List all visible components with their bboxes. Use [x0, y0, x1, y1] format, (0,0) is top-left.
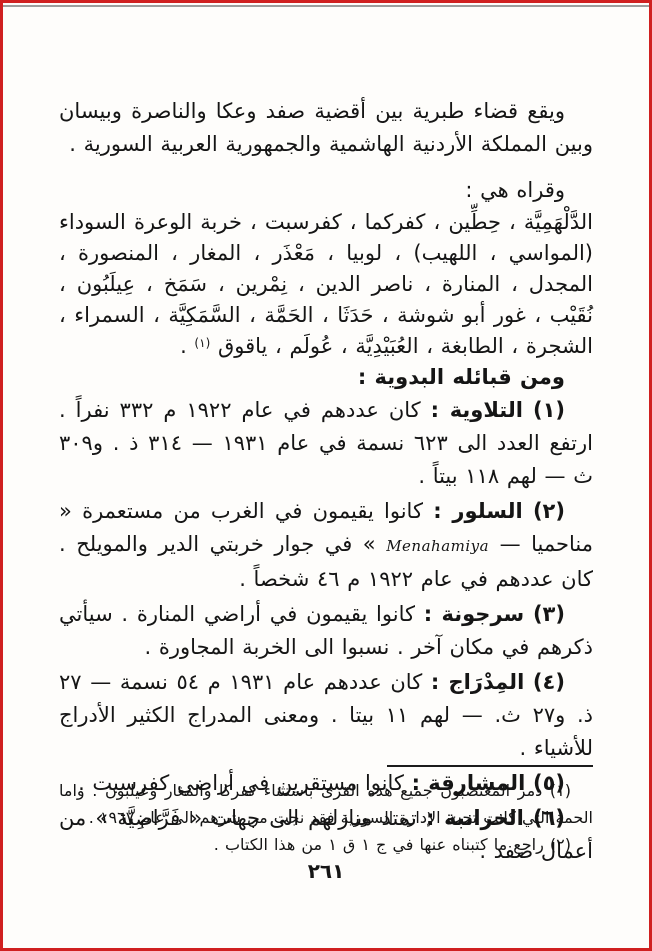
footnotes-section: (١) دمر المغتصبون جميع هذه القرى باستثنا…	[59, 777, 593, 858]
book-page: ويقع قضاء طبرية بين أقضية صفد وعكا والنا…	[0, 0, 652, 951]
tribe-item-sarjuna: (٣) سرجونة : كانوا يقيمون في أراضي المنا…	[59, 598, 593, 664]
page-content: ويقع قضاء طبرية بين أقضية صفد وعكا والنا…	[59, 95, 593, 870]
footnote-text: راجع ما كتبناه عنها في ج ١ ق ١ من هذا ال…	[214, 835, 544, 854]
footnote-number: (٢)	[550, 835, 571, 854]
latin-transliteration: Menahamiya	[386, 537, 489, 555]
footnote-1: (١) دمر المغتصبون جميع هذه القرى باستثنا…	[59, 777, 593, 831]
tribe-number: (٣)	[533, 602, 565, 626]
tribe-item-midraj: (٤) المِدْرَاج : كان عددهم عام ١٩٣١ م ٥٤…	[59, 666, 593, 765]
tribe-name: سرجونة :	[424, 602, 524, 626]
page-number: ٢٦١	[3, 859, 649, 883]
tribes-heading: ومن قبائله البدوية :	[59, 364, 593, 390]
footnote-2: (٢) راجع ما كتبناه عنها في ج ١ ق ١ من هذ…	[59, 831, 593, 858]
villages-end-punctuation: .	[180, 334, 194, 358]
footnote-number: (١)	[550, 781, 571, 800]
tribe-name: التلاوية :	[431, 398, 523, 422]
intro-paragraph: ويقع قضاء طبرية بين أقضية صفد وعكا والنا…	[59, 95, 593, 161]
villages-paragraph: الدَّلْهَمِيَّة ، حِطِّين ، كفركما ، كفر…	[59, 207, 593, 362]
footnote-divider	[387, 765, 593, 767]
tribe-name: السلور :	[433, 499, 523, 523]
tribe-number: (٤)	[533, 670, 565, 694]
tribe-number: (٢)	[533, 499, 565, 523]
footnote-ref-1: (١)	[194, 336, 210, 350]
footnote-text: دمر المغتصبون جميع هذه القرى باستثناء كف…	[59, 781, 593, 827]
top-rule	[3, 5, 649, 7]
villages-heading: وقراه هي :	[59, 175, 593, 205]
tribe-item-talawiya: (١) التلاوية : كان عددهم في عام ١٩٢٢ م ٣…	[59, 394, 593, 493]
tribe-name: المِدْرَاج :	[431, 670, 524, 694]
villages-list: الدَّلْهَمِيَّة ، حِطِّين ، كفركما ، كفر…	[59, 210, 593, 358]
tribe-item-salur: (٢) السلور : كانوا يقيمون في الغرب من مس…	[59, 495, 593, 596]
tribe-number: (١)	[533, 398, 565, 422]
